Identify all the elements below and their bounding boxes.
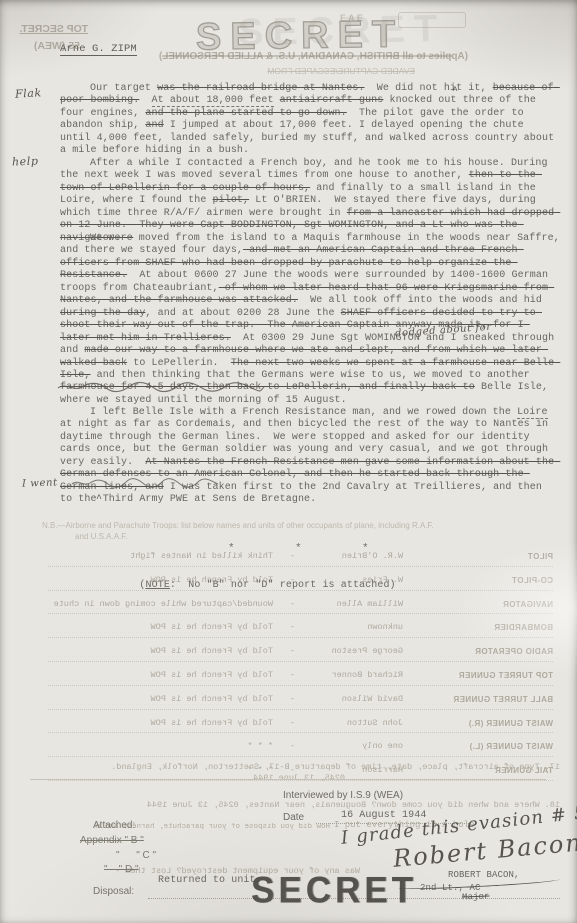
typed-text: We did not hit it,	[365, 83, 493, 94]
bt-dash: -	[290, 741, 295, 751]
bt-label: CO-PILOT	[512, 576, 553, 585]
disposal-label: Disposal:	[93, 886, 134, 897]
bt-dash: -	[290, 694, 295, 704]
insertion-caret: ^	[96, 494, 102, 505]
handwritten-note-help: help	[12, 155, 39, 169]
typed-text: We all took off into the woods and hid	[298, 295, 548, 306]
handwritten-scrawl	[56, 380, 266, 394]
typed-text: Loire	[517, 407, 548, 419]
struck-text: during the day	[60, 308, 145, 319]
report-paragraph-4: I left Belle Isle with a French Resistan…	[60, 407, 560, 507]
secret-stamp-top: SECRET	[196, 14, 405, 60]
section-separator: * * *	[228, 543, 369, 555]
bt-label: PILOT	[527, 552, 553, 561]
bt-dash: -	[290, 670, 295, 680]
bleedthrough-crew-row: WAIST GUNNER (L.)one only-* * *	[48, 738, 553, 762]
evader-name: Arne G. ZIPM	[60, 43, 137, 56]
bt-dash: -	[290, 718, 295, 728]
handwritten-note-flak: Flak	[15, 86, 42, 100]
date-label: Date	[283, 812, 304, 823]
bt-label: BALL TURRET GUNNER	[453, 695, 553, 704]
bleedthrough-evaded-line: EVADED CAPTURE/ESCAPED FROM	[195, 66, 415, 76]
bt-remark: Told by French he is POW	[151, 646, 273, 656]
typed-text: Our target	[90, 83, 157, 94]
bleedthrough-nb-line2: and U.S.A.A.F.	[75, 532, 195, 541]
bt-remark: Told by French he is POW	[151, 622, 273, 632]
bt-label: WAIST GUNNER (R.)	[468, 719, 553, 728]
bleedthrough-top-secret: TOP SECRET.	[16, 23, 88, 35]
bleedthrough-crew-row: BOMBARDIERunknown-Told by French he is P…	[48, 619, 553, 643]
secret-stamp-bottom: SECRET	[251, 870, 417, 912]
typed-text: to LePellerin.	[127, 358, 231, 369]
handwritten-scrawl	[70, 477, 220, 489]
attached-appendix-d: " " D "	[104, 864, 139, 875]
horizontal-rule	[30, 779, 546, 780]
bleedthrough-line17: 17. Type of aircraft, place, date, time …	[35, 762, 560, 772]
bleedthrough-crew-row: RADIO OPERATORGeorge Preston-Told by Fre…	[48, 643, 553, 667]
bt-name: one only	[362, 741, 403, 751]
bleedthrough-crew-row: BALL TURRET GUNNERDavid Wilson-Told by F…	[48, 691, 553, 715]
typed-text	[139, 95, 151, 106]
typed-text: I left Belle Isle with a French Resistan…	[90, 407, 517, 418]
bt-name: unknown	[367, 622, 403, 632]
report-paragraph-1: Our target was the railroad bridge at Na…	[60, 83, 560, 158]
bleedthrough-crew-row: WAIST GUNNER (R.)John Sutton-Told by Fre…	[48, 715, 553, 739]
struck-text: was the railroad bridge at Nantes.	[157, 83, 364, 94]
bt-label: BOMBARDIER	[494, 623, 553, 632]
bt-remark: Told by French he is POW	[151, 670, 273, 680]
note-rest: : No "B" nor "D" report is attached)	[170, 580, 396, 591]
bleedthrough-nb-line1: N.B.—Airborne and Parachute Troops: list…	[42, 521, 562, 530]
bleedthrough-line17-date: 0245, 13 June 1944	[225, 773, 345, 783]
bleedthrough-crew-row: TOP TURRET GUNNERRichard Bonner-Told by …	[48, 667, 553, 691]
bt-name: John Sutton	[347, 718, 403, 728]
bt-remark: Told by French he is POW	[151, 718, 273, 728]
returned-to-unit: Returned to unit.	[158, 875, 262, 887]
attached-appendix-b: Appendix " B "	[80, 835, 144, 846]
bt-label: WAIST GUNNER (L.)	[469, 742, 553, 751]
bt-label: NAVIGATOR	[503, 600, 553, 609]
interviewed-by-line: Interviewed by I.S.9 (WEA)	[283, 790, 403, 801]
struck-text: and the plane started to go down.	[145, 108, 346, 119]
typed-text: At about 18,000 feet	[152, 95, 274, 107]
typed-text: , and at about 0200 28 June the	[145, 308, 340, 319]
bt-name: Richard Bonner	[332, 670, 403, 680]
struck-text: and	[145, 120, 163, 131]
bt-remark: * * *	[247, 741, 273, 751]
struck-text: antiaircraft guns	[280, 95, 384, 106]
note-label: NOTE	[146, 580, 170, 591]
bt-remark: Told by French he is POW	[151, 694, 273, 704]
bt-label: RADIO OPERATOR	[475, 647, 553, 656]
bt-dash: -	[290, 622, 295, 632]
bt-name: David Wilson	[342, 694, 403, 704]
handwritten-note-i-went: I went	[22, 477, 58, 489]
note-line: (NOTE: No "B" nor "D" report is attached…	[115, 568, 396, 605]
bt-label: TOP TURRET GUNNER	[458, 671, 553, 680]
attached-appendix-c: " " C "	[116, 850, 156, 861]
bleedthrough-line18: 18. Where and when did you come down? Bo…	[30, 800, 560, 810]
bt-name: George Preston	[332, 646, 403, 656]
bt-dash: -	[290, 646, 295, 656]
insertion-caret: ^	[452, 86, 458, 97]
scanned-evasion-report-page: TOP SECRET. 55 (WEA) E A E (Applies to a…	[0, 0, 577, 923]
struck-text: pilot,	[213, 195, 250, 206]
attached-label: Attached:	[93, 820, 135, 831]
struck-rank: Major	[462, 891, 490, 904]
